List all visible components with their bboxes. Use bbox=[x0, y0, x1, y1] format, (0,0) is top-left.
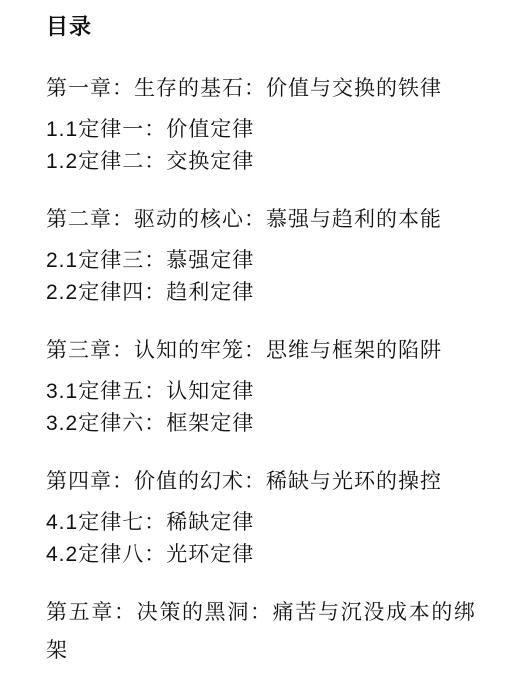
chapter-5-heading: 第五章：决策的黑洞：痛苦与沉没成本的绑架 bbox=[46, 594, 476, 670]
law-item-4-1: 4.1定律七：稀缺定律 bbox=[46, 507, 476, 539]
law-item-3-1: 3.1定律五：认知定律 bbox=[46, 376, 476, 408]
chapter-1-heading: 第一章：生存的基石：价值与交换的铁律 bbox=[46, 70, 476, 108]
chapter-4-heading: 第四章：价值的幻术：稀缺与光环的操控 bbox=[46, 463, 476, 501]
law-item-2-1: 2.1定律三：慕强定律 bbox=[46, 245, 476, 277]
toc-title: 目录 bbox=[46, 12, 476, 42]
chapter-2-heading: 第二章：驱动的核心：慕强与趋利的本能 bbox=[46, 201, 476, 239]
chapter-3-heading: 第三章：认知的牢笼：思维与框架的陷阱 bbox=[46, 332, 476, 370]
law-item-3-2: 3.2定律六：框架定律 bbox=[46, 408, 476, 440]
law-item-1-1: 1.1定律一：价值定律 bbox=[46, 114, 476, 146]
toc-page: 目录 第一章：生存的基石：价值与交换的铁律 1.1定律一：价值定律 1.2定律二… bbox=[0, 0, 505, 680]
law-item-2-2: 2.2定律四：趋利定律 bbox=[46, 277, 476, 309]
law-item-4-2: 4.2定律八：光环定律 bbox=[46, 539, 476, 571]
law-item-1-2: 1.2定律二：交换定律 bbox=[46, 146, 476, 178]
